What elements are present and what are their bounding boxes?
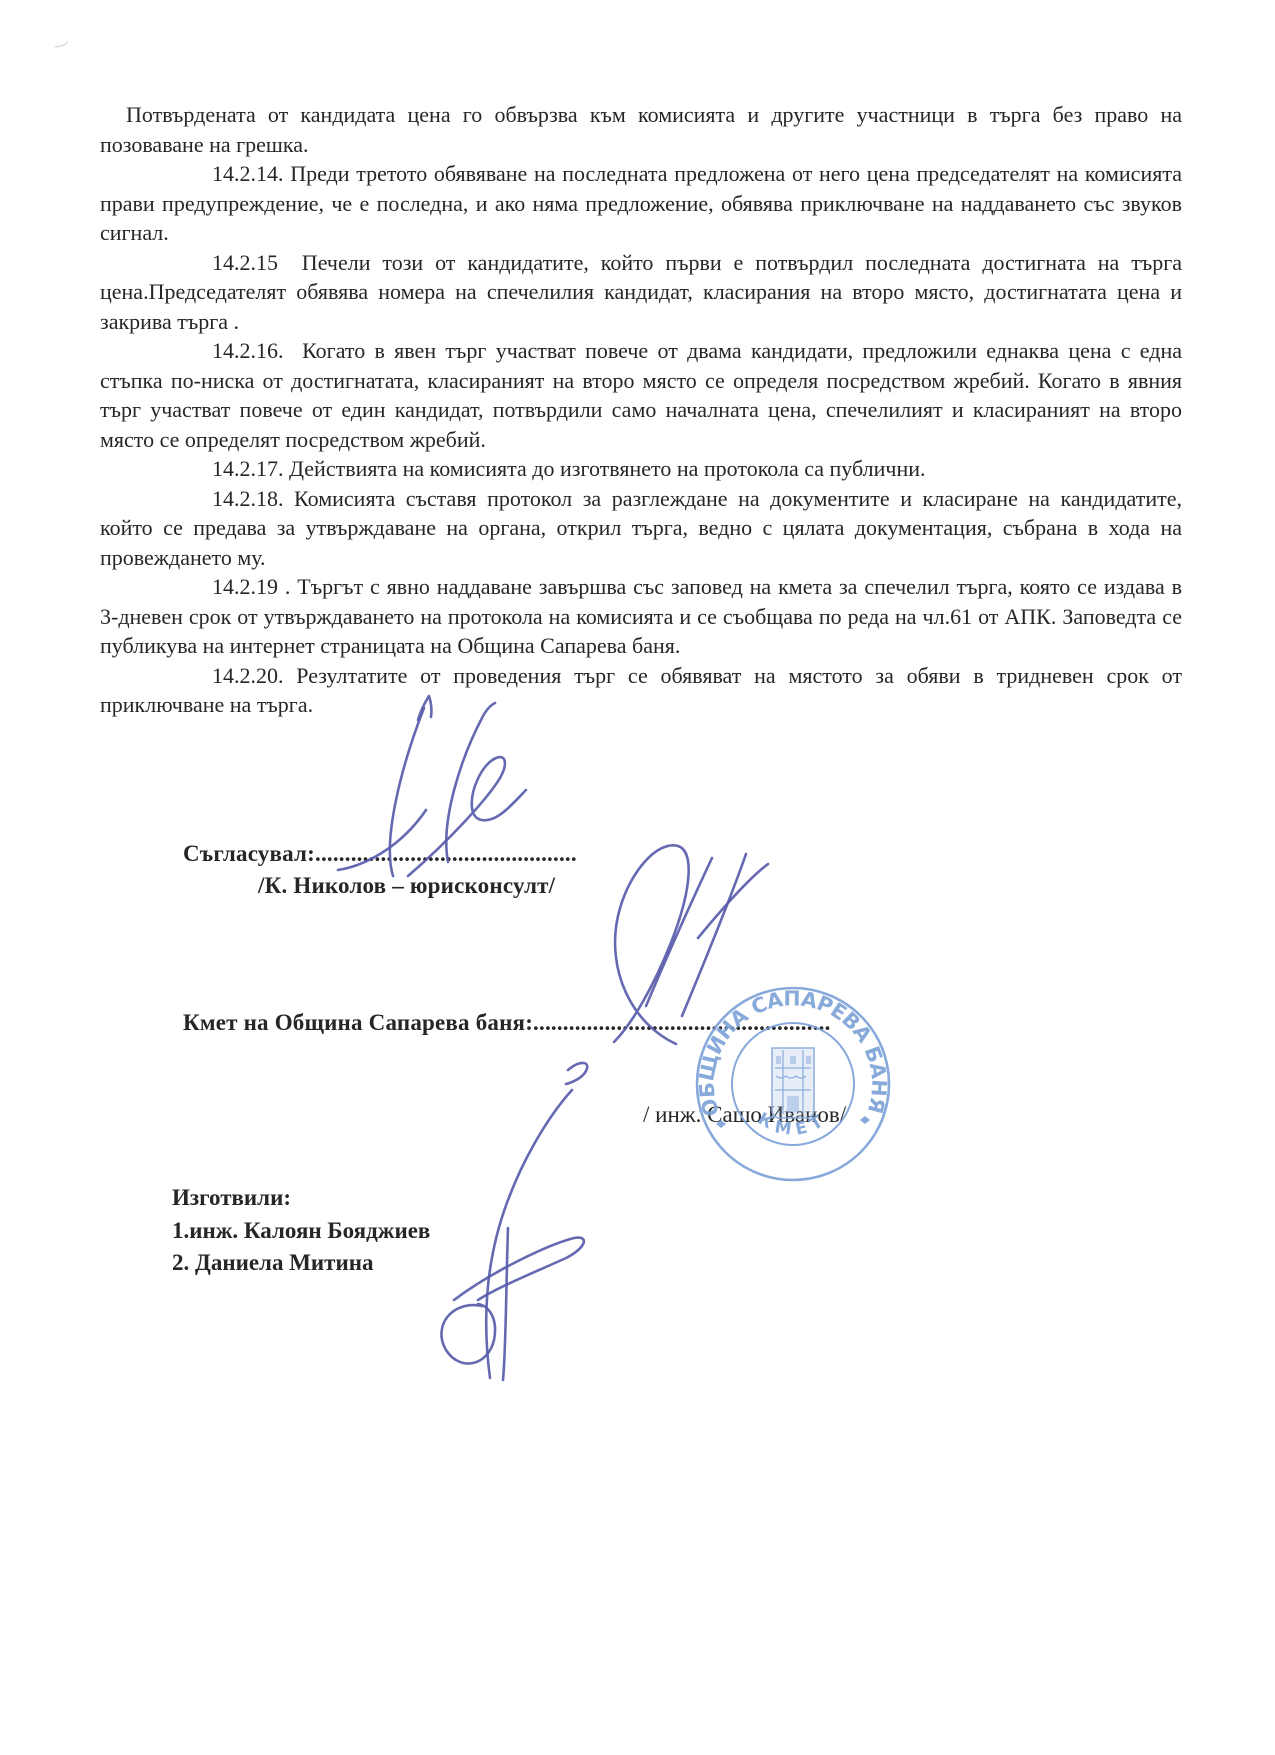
paragraph-intro: Потвърдената от кандидата цена го обвърз… <box>100 100 1182 159</box>
paragraph-14-2-18: 14.2.18. Комисията съставя протокол за р… <box>100 484 1182 573</box>
paragraph-14-2-19: 14.2.19 . Търгът с явно наддаване завърш… <box>100 572 1182 661</box>
prepared-by-item: 1.инж. Калоян Бояджиев <box>172 1215 430 1248</box>
prepared-by-item: 2. Даниела Митина <box>172 1247 430 1280</box>
paragraph-14-2-15: 14.2.15 Печели този от кандидатите, койт… <box>100 248 1182 337</box>
scanned-document-page: Потвърдената от кандидата цена го обвърз… <box>0 0 1275 1755</box>
agreed-signatory-name: /К. Николов – юрисконсулт/ <box>258 873 555 899</box>
scan-artifact <box>51 34 70 49</box>
document-body: Потвърдената от кандидата цена го обвърз… <box>100 100 1182 720</box>
stamp-separator-icon <box>716 1120 726 1128</box>
municipal-stamp: ОБЩИНА САПАРЕВА БАНЯ КМЕТ <box>680 972 906 1198</box>
prepared-by-block: Изготвили: 1.инж. Калоян Бояджиев 2. Дан… <box>172 1182 430 1280</box>
agreed-signature-line: Съгласувал:.............................… <box>183 841 577 867</box>
paragraph-14-2-14: 14.2.14. Преди третото обявяване на посл… <box>100 159 1182 248</box>
stamp-separator-icon <box>860 1116 870 1124</box>
paragraph-14-2-20: 14.2.20. Резултатите от проведения търг … <box>100 661 1182 720</box>
stamp-coat-of-arms-icon <box>772 1048 814 1118</box>
paragraph-14-2-17: 14.2.17. Действията на комисията до изго… <box>100 454 1182 484</box>
prepared-by-heading: Изготвили: <box>172 1182 430 1215</box>
paragraph-14-2-16: 14.2.16. Когато в явен търг участват пов… <box>100 336 1182 454</box>
